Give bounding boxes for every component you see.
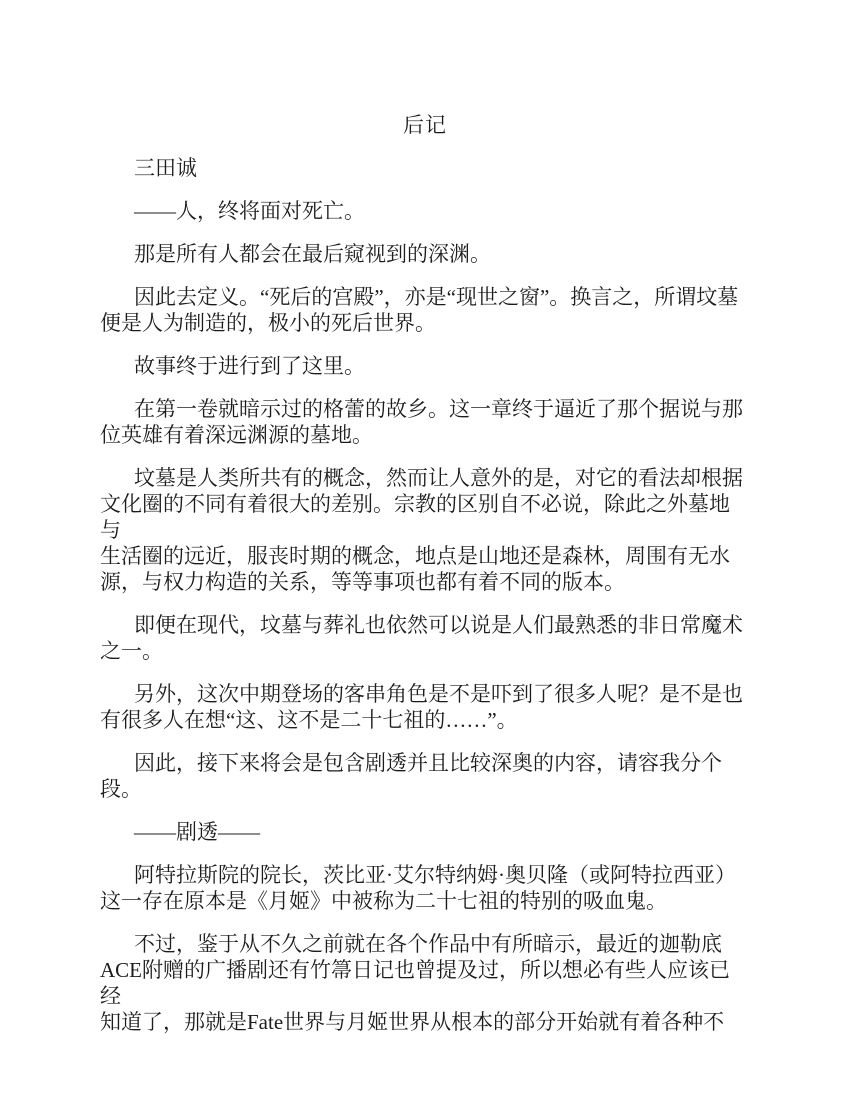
- paragraph: ——人，终将面对死亡。: [100, 198, 750, 224]
- paragraph: 那是所有人都会在最后窥视到的深渊。: [100, 241, 750, 267]
- document-body: 三田诚——人，终将面对死亡。那是所有人都会在最后窥视到的深渊。因此去定义。“死后…: [100, 155, 750, 1035]
- paragraph: 三田诚: [100, 155, 750, 181]
- paragraph: 在第一卷就暗示过的格蕾的故乡。这一章终于逼近了那个据说与那 位英雄有着深远渊源的…: [100, 396, 750, 448]
- paragraph: 不过，鉴于从不久之前就在各个作品中有所暗示，最近的迦勒底 ACE附赠的广播剧还有…: [100, 931, 750, 1035]
- paragraph: 另外，这次中期登场的客串角色是不是吓到了很多人呢？是不是也 有很多人在想“这、这…: [100, 681, 750, 733]
- paragraph: 阿特拉斯院的院长，茨比亚·艾尔特纳姆·奥贝隆（或阿特拉西亚） 这一存在原本是《月…: [100, 862, 750, 914]
- paragraph: 因此去定义。“死后的宫殿”，亦是“现世之窗”。换言之，所谓坟墓 便是人为制造的，…: [100, 284, 750, 336]
- document-page: 后记 三田诚——人，终将面对死亡。那是所有人都会在最后窥视到的深渊。因此去定义。…: [0, 0, 850, 1100]
- page-title: 后记: [100, 112, 750, 138]
- paragraph: 因此，接下来将会是包含剧透并且比较深奥的内容，请容我分个 段。: [100, 750, 750, 802]
- paragraph: 坟墓是人类所共有的概念，然而让人意外的是，对它的看法却根据 文化圈的不同有着很大…: [100, 465, 750, 595]
- paragraph: 故事终于进行到了这里。: [100, 353, 750, 379]
- paragraph: ——剧透——: [100, 819, 750, 845]
- paragraph: 即便在现代，坟墓与葬礼也依然可以说是人们最熟悉的非日常魔术 之一。: [100, 612, 750, 664]
